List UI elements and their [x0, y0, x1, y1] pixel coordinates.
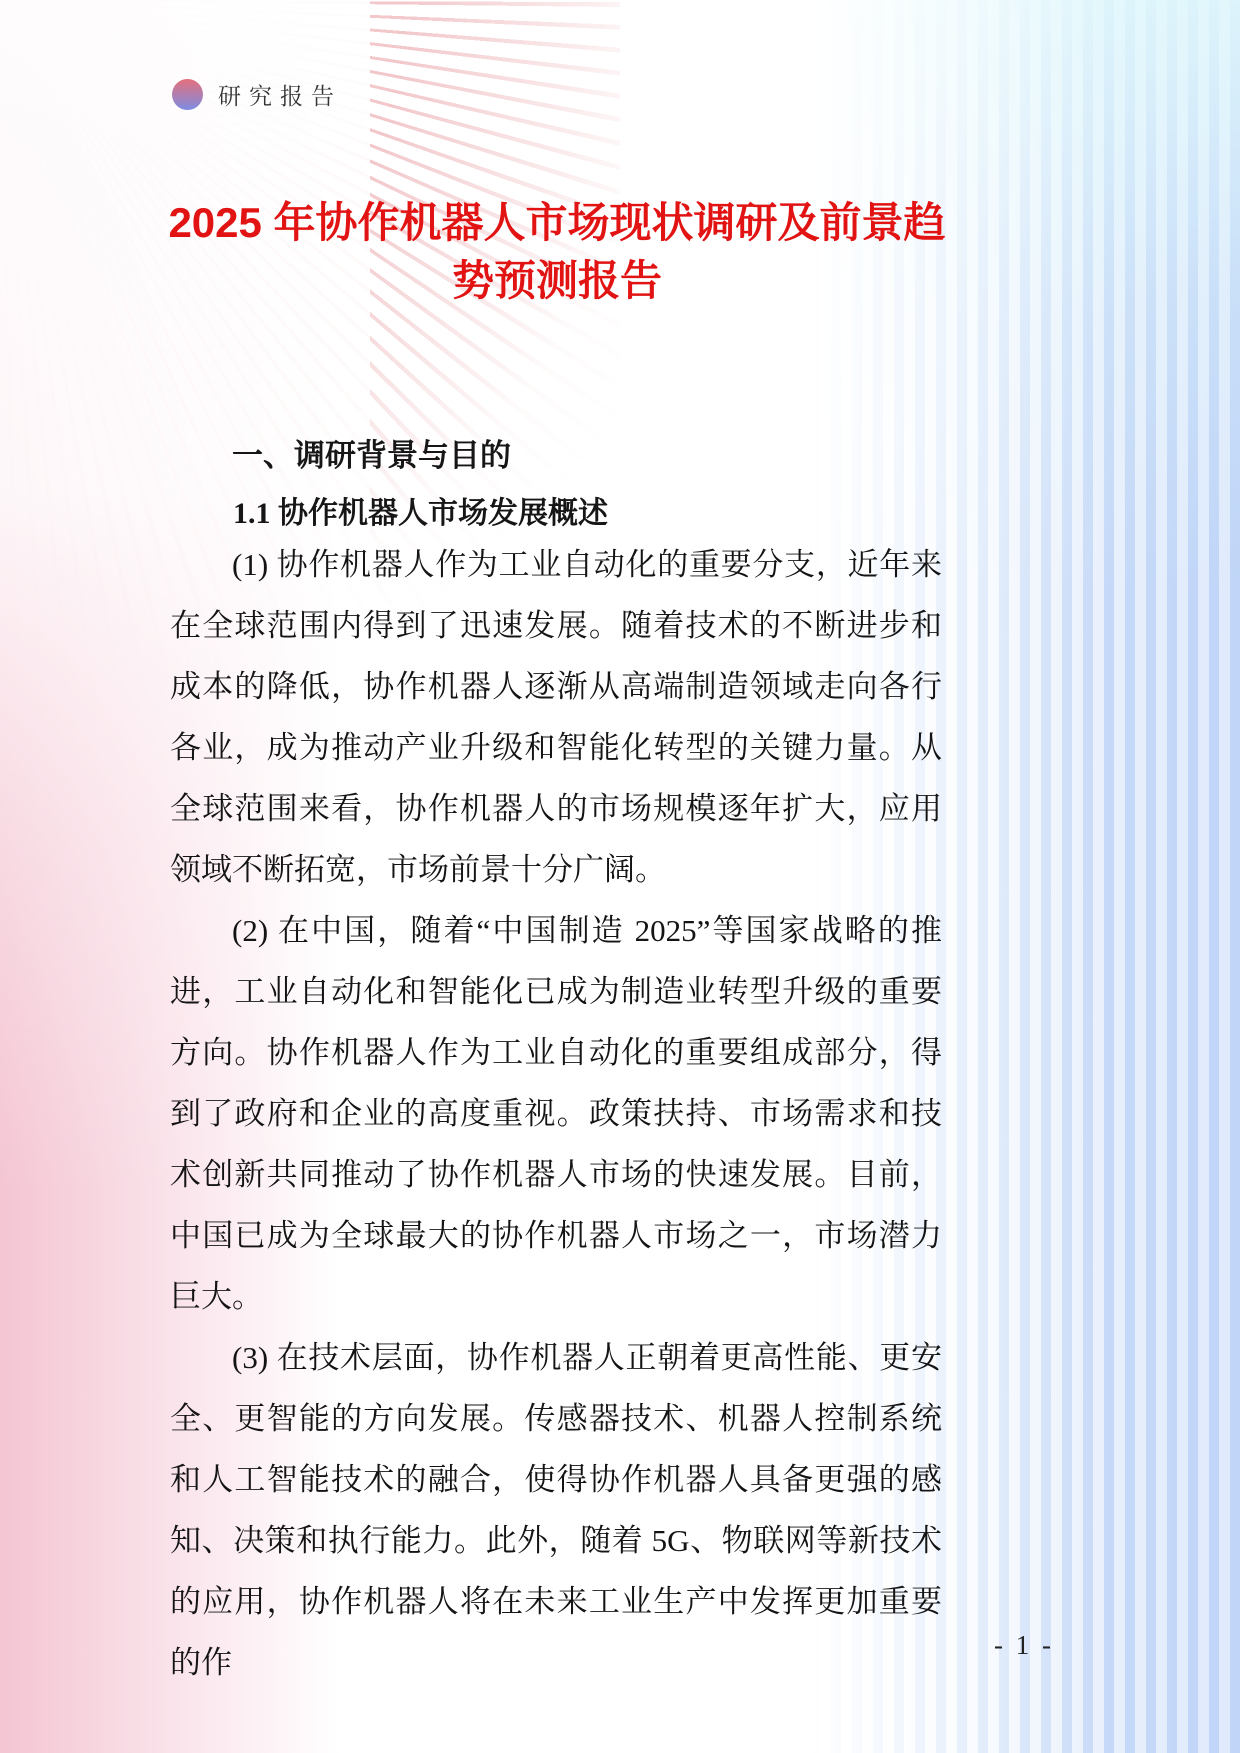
body-text: (1) 协作机器人作为工业自动化的重要分支，近年来在全球范围内得到了迅速发展。随… [170, 534, 942, 1693]
paragraph-1: (1) 协作机器人作为工业自动化的重要分支，近年来在全球范围内得到了迅速发展。随… [170, 534, 942, 900]
paragraph-2: (2) 在中国，随着“中国制造 2025”等国家战略的推进，工业自动化和智能化已… [170, 900, 942, 1327]
page-title: 2025 年协作机器人市场现状调研及前景趋势预测报告 [168, 194, 946, 310]
paragraph-3: (3) 在技术层面，协作机器人正朝着更高性能、更安全、更智能的方向发展。传感器技… [170, 1327, 942, 1693]
page-number: - 1 - [994, 1630, 1054, 1661]
report-header: 研究报告 [172, 78, 342, 111]
section-heading: 一、调研背景与目的 [170, 430, 945, 475]
subsection-heading: 1.1 协作机器人市场发展概述 [170, 488, 945, 532]
gradient-circle-icon [172, 79, 203, 110]
brand-label: 研究报告 [218, 78, 342, 111]
